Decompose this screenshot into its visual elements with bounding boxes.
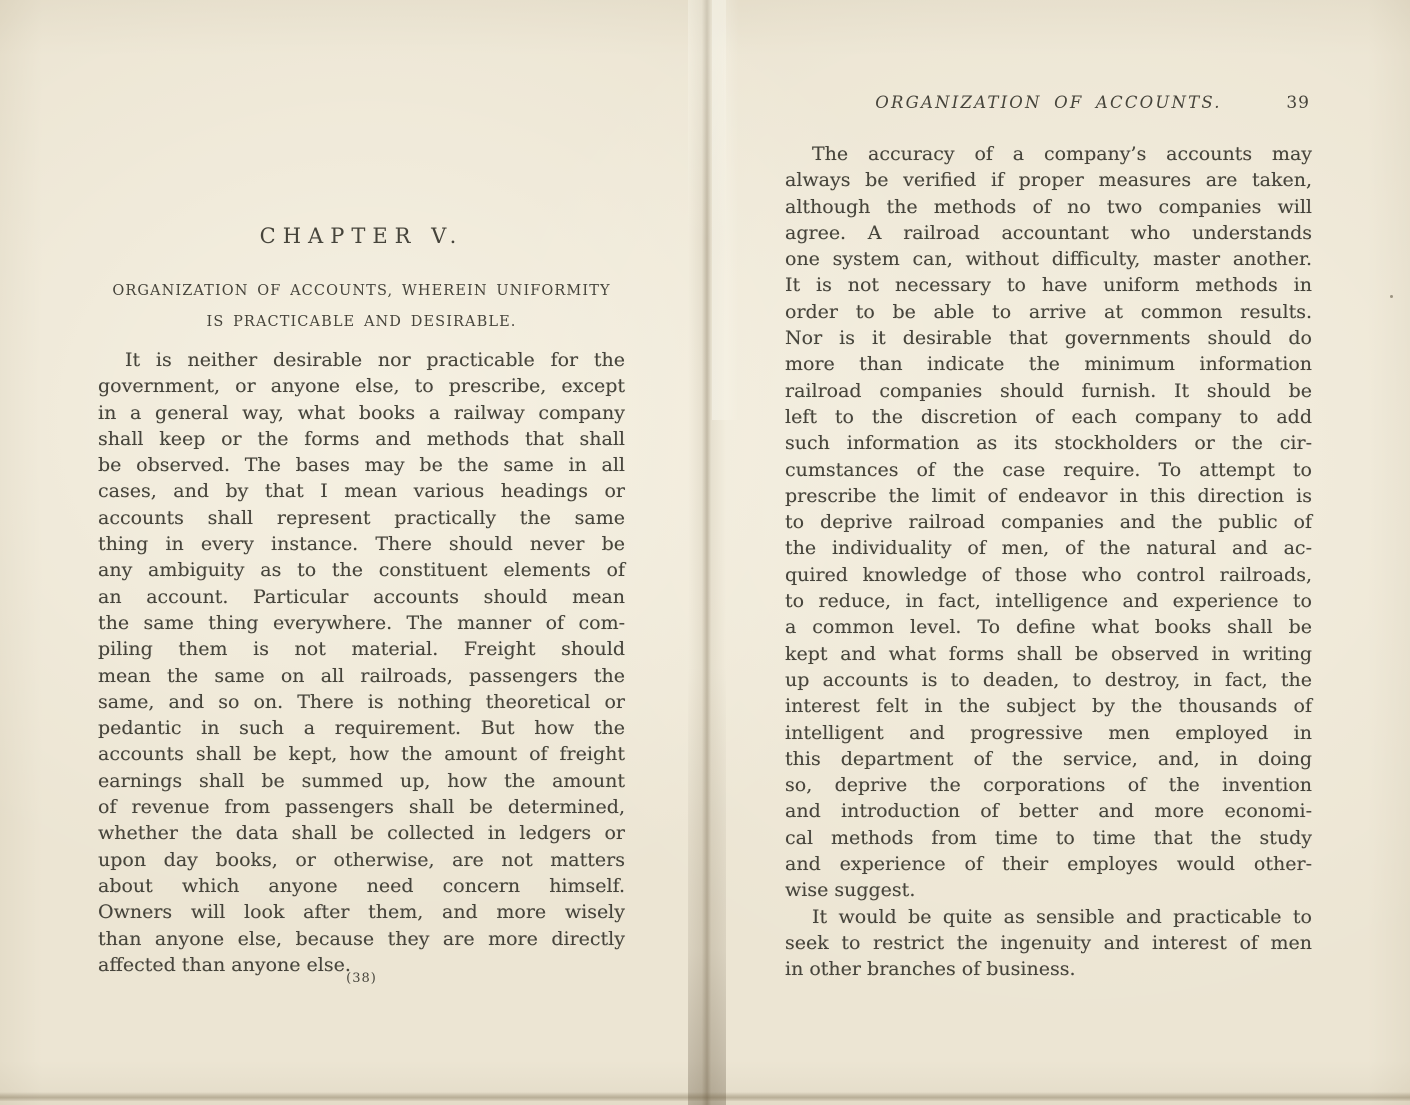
text-line: an account. Particular accounts should m… <box>98 584 625 610</box>
text-line: railroad companies should furnish. It sh… <box>785 378 1312 404</box>
text-line: always be verified if proper measures ar… <box>785 167 1312 193</box>
book-spread: CHAPTER V. ORGANIZATION OF ACCOUNTS, WHE… <box>0 0 1410 1105</box>
right-page: ORGANIZATION OF ACCOUNTS. 39 The accurac… <box>785 0 1312 1105</box>
right-page-paragraph-1: The accuracy of a company’s accounts may… <box>785 141 1312 904</box>
text-line: thing in every instance. There should ne… <box>98 531 625 557</box>
text-line: cases, and by that I mean various headin… <box>98 478 625 504</box>
running-header-row: ORGANIZATION OF ACCOUNTS. 39 <box>785 93 1312 119</box>
text-line: same, and so on. There is nothing theore… <box>98 689 625 715</box>
text-line: to reduce, in fact, intelligence and exp… <box>785 588 1312 614</box>
text-line: It is not necessary to have uniform meth… <box>785 272 1312 298</box>
text-line: be observed. The bases may be the same i… <box>98 452 625 478</box>
text-line: left to the discretion of each company t… <box>785 404 1312 430</box>
text-line: in a general way, what books a railway c… <box>98 400 625 426</box>
text-line: government, or anyone else, to prescribe… <box>98 373 625 399</box>
chapter-subtitle: ORGANIZATION OF ACCOUNTS, WHEREIN UNIFOR… <box>98 276 625 338</box>
text-line: seek to restrict the ingenuity and inter… <box>785 930 1312 956</box>
left-page-paragraph: It is neither desirable nor practicable … <box>98 347 625 978</box>
book-gutter-highlight <box>712 0 742 420</box>
text-line: pedantic in such a requirement. But how … <box>98 715 625 741</box>
right-page-paragraph-2: It would be quite as sensible and practi… <box>785 904 1312 983</box>
right-page-number: 39 <box>1286 93 1310 113</box>
text-line: up accounts is to deaden, to destroy, in… <box>785 667 1312 693</box>
text-line: any ambiguity as to the constituent elem… <box>98 557 625 583</box>
text-line: agree. A railroad accountant who underst… <box>785 220 1312 246</box>
text-line: It is neither desirable nor practicable … <box>98 347 625 373</box>
chapter-heading: CHAPTER V. <box>98 221 625 251</box>
text-line: order to be able to arrive at common res… <box>785 299 1312 325</box>
text-line: Nor is it desirable that governments sho… <box>785 325 1312 351</box>
text-line: of revenue from passengers shall be dete… <box>98 794 625 820</box>
text-line: accounts shall be kept, how the amount o… <box>98 741 625 767</box>
text-line: one system can, without difficulty, mast… <box>785 246 1312 272</box>
text-line: intelligent and progressive men employed… <box>785 720 1312 746</box>
text-line: the individuality of men, of the natural… <box>785 535 1312 561</box>
text-line: to deprive railroad companies and the pu… <box>785 509 1312 535</box>
chapter-subtitle-line: ORGANIZATION OF ACCOUNTS, WHEREIN UNIFOR… <box>98 276 625 307</box>
text-line: a common level. To define what books sha… <box>785 614 1312 640</box>
text-line: and experience of their employes would o… <box>785 851 1312 877</box>
left-page-body: It is neither desirable nor practicable … <box>98 347 625 978</box>
text-line: about which anyone need concern himself. <box>98 873 625 899</box>
text-line: the same thing everywhere. The manner of… <box>98 610 625 636</box>
text-line: whether the data shall be collected in l… <box>98 820 625 846</box>
right-page-body: The accuracy of a company’s accounts may… <box>785 141 1312 983</box>
text-line: this department of the service, and, in … <box>785 746 1312 772</box>
text-line: It would be quite as sensible and practi… <box>785 904 1312 930</box>
text-line: such information as its stockholders or … <box>785 430 1312 456</box>
text-line: accounts shall represent practically the… <box>98 505 625 531</box>
left-page: CHAPTER V. ORGANIZATION OF ACCOUNTS, WHE… <box>98 0 625 1105</box>
text-line: piling them is not material. Freight sho… <box>98 636 625 662</box>
text-line: than anyone else, because they are more … <box>98 926 625 952</box>
running-header: ORGANIZATION OF ACCOUNTS. <box>875 93 1221 112</box>
text-line: The accuracy of a company’s accounts may <box>785 141 1312 167</box>
left-page-number: (38) <box>98 971 625 986</box>
text-line: Owners will look after them, and more wi… <box>98 899 625 925</box>
text-line: so, deprive the corporations of the inve… <box>785 772 1312 798</box>
text-line: cumstances of the case require. To attem… <box>785 457 1312 483</box>
text-line: upon day books, or otherwise, are not ma… <box>98 847 625 873</box>
chapter-subtitle-line: IS PRACTICABLE AND DESIRABLE. <box>98 307 625 338</box>
text-line: wise suggest. <box>785 877 1312 903</box>
text-line: in other branches of business. <box>785 956 1312 982</box>
text-line: prescribe the limit of endeavor in this … <box>785 483 1312 509</box>
text-line: and introduction of better and more econ… <box>785 798 1312 824</box>
text-line: earnings shall be summed up, how the amo… <box>98 768 625 794</box>
text-line: quired knowledge of those who control ra… <box>785 562 1312 588</box>
text-line: shall keep or the forms and methods that… <box>98 426 625 452</box>
text-line: cal methods from time to time that the s… <box>785 825 1312 851</box>
text-line: more than indicate the minimum informati… <box>785 351 1312 377</box>
text-line: although the methods of no two companies… <box>785 194 1312 220</box>
paper-speck <box>1390 295 1393 298</box>
text-line: kept and what forms shall be observed in… <box>785 641 1312 667</box>
text-line: interest felt in the subject by the thou… <box>785 693 1312 719</box>
text-line: mean the same on all railroads, passenge… <box>98 663 625 689</box>
